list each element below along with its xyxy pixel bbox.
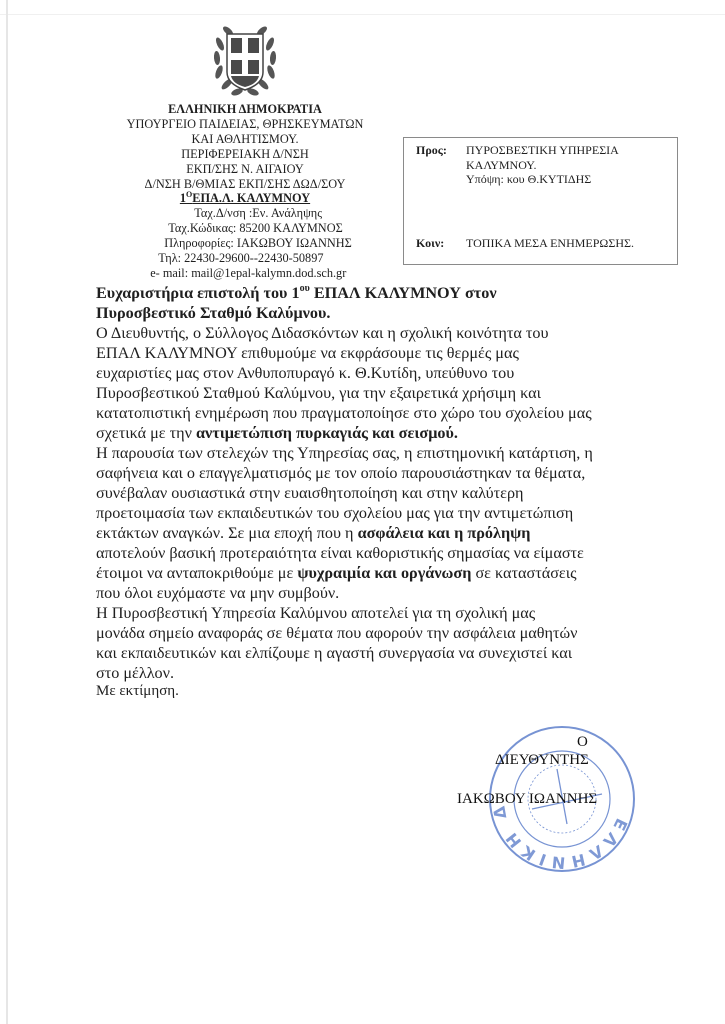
- letter-line: έτοιμοι να ανταποκριθούμε με ψυχραιμία κ…: [96, 563, 696, 583]
- letter-line: ευχαριστίες μας στον Ανθυποπυραγό κ. Θ.Κ…: [96, 363, 696, 383]
- letter-line: ΕΠΑΛ ΚΑΛΥΜΝΟΥ επιθυμούμε να εκφράσουμε τ…: [96, 343, 696, 363]
- regional-directorate-line-2: ΕΚΠ/ΣΗΣ Ν. ΑΙΓΑΙΟΥ: [90, 162, 400, 177]
- letter-line: Η παρουσία των στελεχών της Υπηρεσίας σα…: [96, 443, 696, 463]
- recipient-cc: Κοιν: ΤΟΠΙΚΑ ΜΕΣΑ ΕΝΗΜΕΡΩΣΗΣ.: [416, 236, 634, 251]
- letter-line: κατατοπιστική ενημέρωση που πραγματοποίη…: [96, 403, 696, 423]
- page-edge: [6, 0, 8, 1024]
- school-name: 1ΟΕΠΑ.Λ. ΚΑΛΥΜΝΟΥ: [90, 191, 400, 206]
- cc-value: ΤΟΠΙΚΑ ΜΕΣΑ ΕΝΗΜΕΡΩΣΗΣ.: [466, 236, 634, 251]
- recipient-line: ΚΑΛΥΜΝΟΥ.: [466, 158, 619, 173]
- recipient-to: Προς: ΠΥΡΟΣΒΕΣΤΙΚΗ ΥΠΗΡΕΣΙΑ ΚΑΛΥΜΝΟΥ. Υπ…: [416, 143, 619, 187]
- greek-coat-of-arms-icon: [210, 22, 280, 100]
- phone: Τηλ: 22430-29600--22430-50897: [158, 251, 352, 266]
- signature-role: ΔΙΕΥΘΥΝΤΗΣ: [495, 749, 589, 771]
- ministry-line-2: ΚΑΙ ΑΘΛΗΤΙΣΜΟΥ.: [90, 132, 400, 147]
- recipient-attention: Υπόψη: κου Θ.ΚΥΤΙΔΗΣ: [466, 172, 619, 187]
- postal-code: Ταχ.Κώδικας: 85200 ΚΑΛΥΜΝΟΣ: [158, 221, 352, 236]
- country-name: ΕΛΛΗΝΙΚΗ ΔΗΜΟΚΡΑΤΙΑ: [90, 102, 400, 117]
- secondary-directorate: Δ/ΝΣΗ Β/ΘΜΙΑΣ ΕΚΠ/ΣΗΣ ΔΩΔ/ΣΟΥ: [90, 177, 400, 192]
- letter-line: Πυροσβεστικού Σταθμού Καλύμνου, για την …: [96, 383, 696, 403]
- recipient-line: ΠΥΡΟΣΒΕΣΤΙΚΗ ΥΠΗΡΕΣΙΑ: [466, 143, 619, 158]
- letter-title: Ευχαριστήρια επιστολή του 1ου ΕΠΑΛ ΚΑΛΥΜ…: [96, 283, 696, 303]
- letter-line: που όλοι ευχόμαστε να μην συμβούν.: [96, 583, 696, 603]
- letterhead: ΕΛΛΗΝΙΚΗ ΔΗΜΟΚΡΑΤΙΑ ΥΠΟΥΡΓΕΙΟ ΠΑΙΔΕΙΑΣ, …: [90, 22, 400, 281]
- contact-person: Πληροφορίες: ΙΑΚΩΒΟΥ ΙΩΑΝΝΗΣ: [158, 236, 352, 251]
- letter-line: σχετικά με την αντιμετώπιση πυρκαγιάς κα…: [96, 423, 696, 443]
- ministry-line-1: ΥΠΟΥΡΓΕΙΟ ΠΑΙΔΕΙΑΣ, ΘΡΗΣΚΕΥΜΑΤΩΝ: [90, 117, 400, 132]
- letter-title-line-2: Πυροσβεστικό Σταθμό Καλύμνου.: [96, 303, 696, 323]
- letter-line: μονάδα σημείο αναφοράς σε θέματα που αφο…: [96, 623, 696, 643]
- email[interactable]: e- mail: mail@1epal-kalymn.dod.sch.gr: [150, 266, 352, 281]
- letter-paragraphs: Ο Διευθυντής, ο Σύλλογος Διδασκόντων και…: [96, 323, 696, 683]
- letter-line: Η Πυροσβεστική Υπηρεσία Καλύμνου αποτελε…: [96, 603, 696, 623]
- regional-directorate-line-1: ΠΕΡΙΦΕΡΕΙΑΚΗ Δ/ΝΣΗ: [90, 147, 400, 162]
- letter-line: σαφήνεια και ο επαγγελματισμός με τον οπ…: [96, 463, 696, 483]
- scan-artifact-line: [0, 14, 725, 15]
- recipient-box: Προς: ΠΥΡΟΣΒΕΣΤΙΚΗ ΥΠΗΡΕΣΙΑ ΚΑΛΥΜΝΟΥ. Υπ…: [403, 137, 678, 265]
- cc-label: Κοιν:: [416, 236, 466, 251]
- letter-line: προετοιμασία των εκπαιδευτικών του σχολε…: [96, 503, 696, 523]
- letter-line: συνέβαλαν ουσιαστικά στην ευαισθητοποίησ…: [96, 483, 696, 503]
- address: Ταχ.Δ/νση :Εν. Ανάληψης: [158, 206, 352, 221]
- closing: Με εκτίμηση.: [96, 683, 179, 700]
- signature-name: ΙΑΚΩΒΟΥ ΙΩΑΝΝΗΣ: [457, 788, 597, 810]
- letter-line: αποτελούν βασική προτεραιότητα είναι καθ…: [96, 543, 696, 563]
- letter-body: Ευχαριστήρια επιστολή του 1ου ΕΠΑΛ ΚΑΛΥΜ…: [96, 283, 696, 683]
- letter-line: εκτάκτων αναγκών. Σε μια εποχή που η ασφ…: [96, 523, 696, 543]
- letter-line: και εκπαιδευτικών και ελπίζουμε η αγαστή…: [96, 643, 696, 663]
- letter-line: Ο Διευθυντής, ο Σύλλογος Διδασκόντων και…: [96, 323, 696, 343]
- letter-line: στο μέλλον.: [96, 663, 696, 683]
- to-label: Προς:: [416, 143, 466, 187]
